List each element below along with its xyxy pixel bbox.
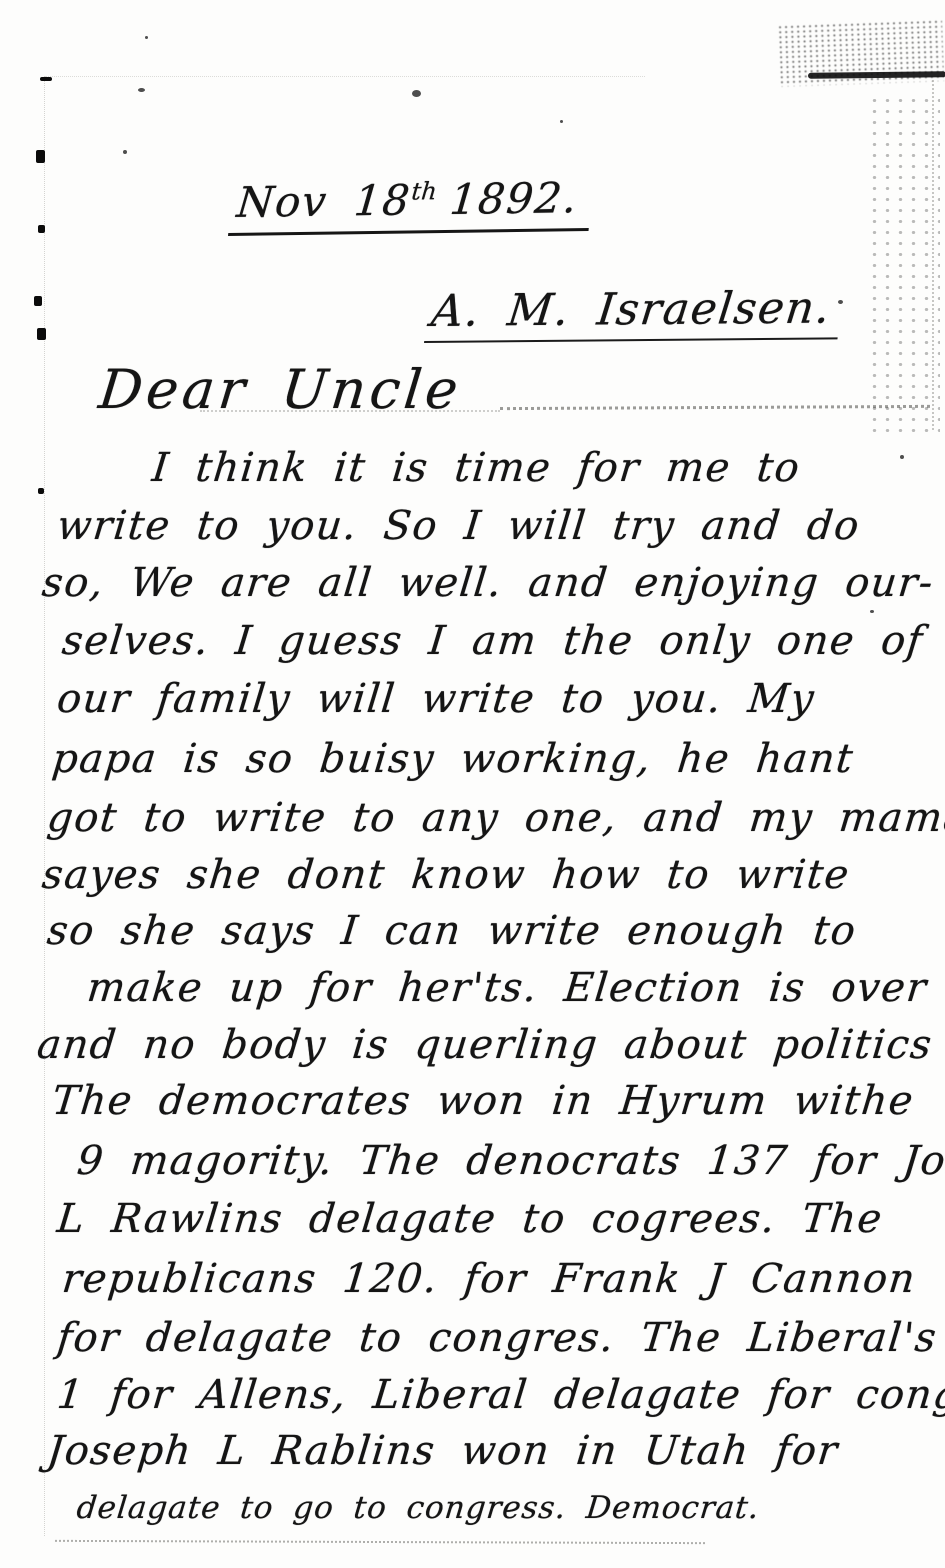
handwritten-line-6: papa is so buisy working, he hant xyxy=(50,736,856,782)
scan-speck xyxy=(412,90,421,97)
handwritten-line-7: got to write to any one, and my mama xyxy=(45,795,945,841)
scan-dotted-streak xyxy=(500,405,930,410)
scan-ink-blob xyxy=(37,328,46,340)
scan-speck xyxy=(900,455,904,459)
handwritten-line-1: I think it is time for me to xyxy=(150,445,803,491)
handwritten-line-5: our family will write to you. My xyxy=(55,676,817,722)
signature-line: A. M. Israelsen. xyxy=(424,282,844,343)
scan-noise-column xyxy=(868,95,940,435)
date-day: Nov 18 xyxy=(235,175,413,226)
scan-speck xyxy=(138,88,145,92)
scan-ink-blob xyxy=(34,296,42,306)
salutation: Dear Uncle xyxy=(96,358,465,421)
scan-ink-blob xyxy=(40,77,52,81)
handwritten-line-18: Joseph L Rablins won in Utah for xyxy=(45,1428,841,1474)
handwritten-line-12: The democrates won in Hyrum withe xyxy=(50,1078,916,1124)
scan-ink-blob xyxy=(38,488,44,494)
handwritten-line-3: so, We are all well. and enjoying our- xyxy=(40,560,936,606)
page-edge-line-left xyxy=(44,76,45,1536)
handwritten-line-14: L Rawlins delagate to cogrees. The xyxy=(55,1196,885,1242)
handwritten-line-15: republicans 120. for Frank J Cannon xyxy=(60,1256,918,1302)
date-ordinal-superscript: th xyxy=(410,177,438,205)
handwritten-line-10: make up for her'ts. Election is over xyxy=(85,965,930,1011)
handwritten-line-16: for delagate to congres. The Liberal's xyxy=(55,1315,940,1361)
handwritten-line-9: so she says I can write enough to xyxy=(45,908,859,954)
bottom-dotted-line xyxy=(55,1540,705,1544)
scan-speck xyxy=(145,36,148,39)
scan-ink-blob xyxy=(36,150,45,163)
scanned-letter-page: Nov 18th1892. A. M. Israelsen. Dear Uncl… xyxy=(0,0,945,1568)
date-year: 1892. xyxy=(448,173,580,224)
date-line: Nov 18th1892. xyxy=(228,173,594,236)
scan-ink-blob xyxy=(38,225,45,233)
scan-speck xyxy=(560,120,563,123)
scan-speck xyxy=(870,610,874,613)
page-edge-line-top xyxy=(45,76,645,77)
handwritten-line-2: write to you. So I will try and do xyxy=(55,503,862,549)
handwritten-line-17: 1 for Allens, Liberal delagate for congr… xyxy=(55,1372,945,1418)
handwritten-line-4: selves. I guess I am the only one of xyxy=(60,618,926,664)
handwritten-line-11: and no body is querling about politics xyxy=(35,1022,935,1068)
handwritten-line-19: delagate to go to congress. Democrat. xyxy=(75,1490,761,1526)
handwritten-line-13: 9 magority. The denocrats 137 for Joseph xyxy=(75,1138,945,1184)
handwritten-line-8: sayes she dont know how to write xyxy=(40,852,852,898)
scan-speck xyxy=(123,150,127,154)
